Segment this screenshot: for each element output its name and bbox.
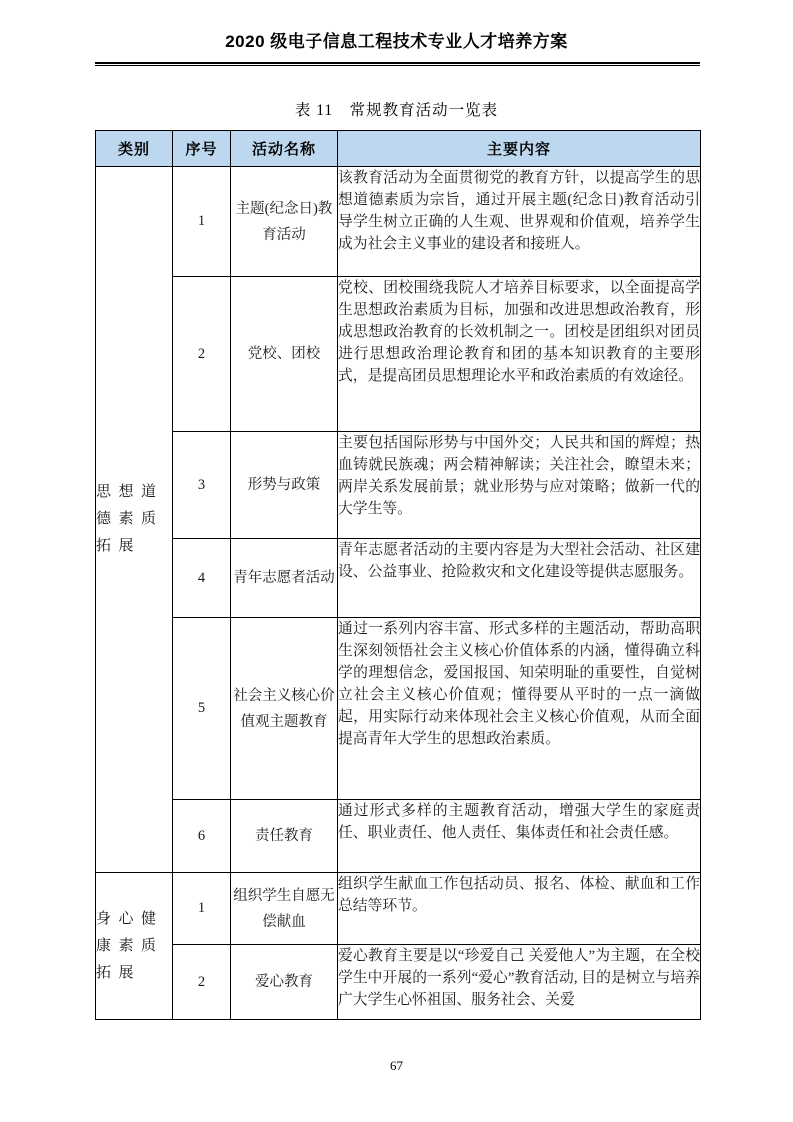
table-header-row: 类别 序号 活动名称 主要内容 [96,131,701,167]
table-row: 3 形势与政策 主要包括国际形势与中国外交；人民共和国的辉煌；热血铸就民族魂；两… [96,432,701,539]
content-cell: 爱心教育主要是以“珍爱自己 关爱他人”为主题，在全校学生中开展的一系列“爱心”教… [338,945,701,1020]
table-row: 思想道德素质拓展 1 主题(纪念日)教育活动 该教育活动为全面贯彻党的教育方针，… [96,167,701,277]
column-header-activity-name: 活动名称 [231,131,338,167]
table-row: 6 责任教育 通过形式多样的主题教育活动，增强大学生的家庭责任、职业责任、他人责… [96,800,701,873]
column-header-seq: 序号 [173,131,231,167]
activity-name-cell: 主题(纪念日)教育活动 [231,167,338,277]
header-rule [95,62,700,66]
page-number: 67 [0,1058,793,1074]
seq-cell: 6 [173,800,231,873]
content-cell: 主要包括国际形势与中国外交；人民共和国的辉煌；热血铸就民族魂；两会精神解读；关注… [338,432,701,539]
table-row: 2 党校、团校 党校、团校围绕我院人才培养目标要求，以全面提高学生思想政治素质为… [96,277,701,432]
column-header-main-content: 主要内容 [338,131,701,167]
education-activities-table: 类别 序号 活动名称 主要内容 思想道德素质拓展 1 主题(纪念日)教育活动 该… [95,130,701,1020]
column-header-category: 类别 [96,131,173,167]
content-cell: 青年志愿者活动的主要内容是为大型社会活动、社区建设、公益事业、抢险救灾和文化建设… [338,539,701,618]
table-row: 2 爱心教育 爱心教育主要是以“珍爱自己 关爱他人”为主题，在全校学生中开展的一… [96,945,701,1020]
page-header-title: 2020 级电子信息工程技术专业人才培养方案 [225,32,568,51]
page-header: 2020 级电子信息工程技术专业人才培养方案 [0,0,793,52]
activity-name-cell: 青年志愿者活动 [231,539,338,618]
table-row: 4 青年志愿者活动 青年志愿者活动的主要内容是为大型社会活动、社区建设、公益事业… [96,539,701,618]
activity-name-cell: 社会主义核心价值观主题教育 [231,618,338,800]
seq-cell: 2 [173,945,231,1020]
seq-cell: 1 [173,873,231,945]
category-cell: 身心健康素质拓展 [96,873,173,1020]
table-row: 5 社会主义核心价值观主题教育 通过一系列内容丰富、形式多样的主题活动，帮助高职… [96,618,701,800]
activity-name-cell: 组织学生自愿无偿献血 [231,873,338,945]
table-caption: 表 11 常规教育活动一览表 [0,98,793,120]
document-page: 2020 级电子信息工程技术专业人才培养方案 表 11 常规教育活动一览表 类别… [0,0,793,1122]
activity-name-cell: 责任教育 [231,800,338,873]
activity-name-cell: 爱心教育 [231,945,338,1020]
content-cell: 通过形式多样的主题教育活动，增强大学生的家庭责任、职业责任、他人责任、集体责任和… [338,800,701,873]
seq-cell: 1 [173,167,231,277]
content-cell: 该教育活动为全面贯彻党的教育方针，以提高学生的思想道德素质为宗旨，通过开展主题(… [338,167,701,277]
seq-cell: 5 [173,618,231,800]
content-cell: 组织学生献血工作包括动员、报名、体检、献血和工作总结等环节。 [338,873,701,945]
activity-name-cell: 形势与政策 [231,432,338,539]
seq-cell: 3 [173,432,231,539]
category-cell: 思想道德素质拓展 [96,167,173,873]
content-cell: 通过一系列内容丰富、形式多样的主题活动，帮助高职生深刻领悟社会主义核心价值体系的… [338,618,701,800]
activity-name-cell: 党校、团校 [231,277,338,432]
seq-cell: 4 [173,539,231,618]
seq-cell: 2 [173,277,231,432]
table-row: 身心健康素质拓展 1 组织学生自愿无偿献血 组织学生献血工作包括动员、报名、体检… [96,873,701,945]
content-cell: 党校、团校围绕我院人才培养目标要求，以全面提高学生思想政治素质为目标，加强和改进… [338,277,701,432]
